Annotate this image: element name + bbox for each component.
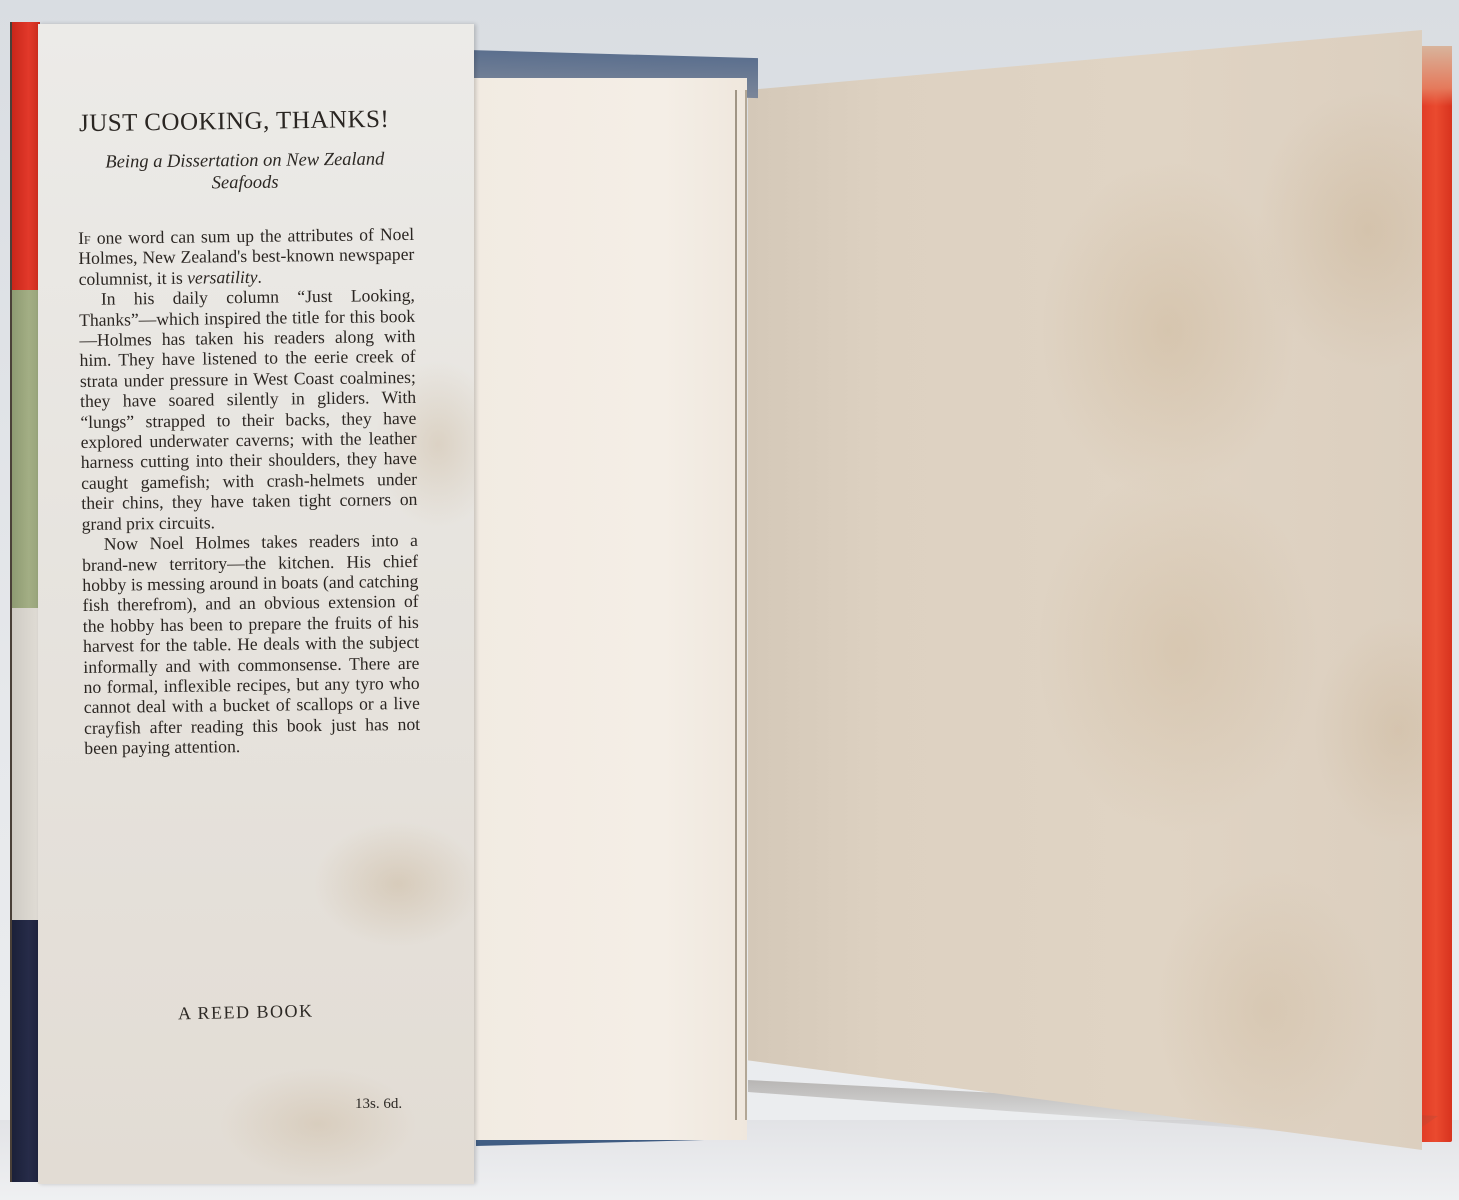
blurb-emphasis: versatility [187,267,258,288]
price-label: 13s. 6d. [355,1096,402,1113]
blurb-text: . [257,267,262,287]
blurb-dropcap: If [78,228,91,248]
right-endpaper-page [748,30,1422,1150]
flap-title: JUST COOKING, THANKS! [79,106,390,138]
flap-blurb: If one word can sum up the attributes of… [78,224,420,759]
front-pastedown [465,78,747,1140]
back-cover-red-edge [1420,46,1452,1142]
gutter-crease [735,90,737,1120]
jacket-edge-navy-band [12,920,40,1182]
flap-subtitle: Being a Dissertation on New Zealand Seaf… [80,148,410,195]
blurb-paragraph: If one word can sum up the attributes of… [78,224,415,289]
jacket-edge-green-band [12,290,40,608]
blurb-paragraph: Now Noel Holmes takes readers into a bra… [82,530,421,759]
jacket-edge-cream-band [12,608,40,920]
jacket-edge-red-band [12,22,40,290]
blurb-paragraph: In his daily column “Just Looking, Thank… [79,285,418,534]
gutter-crease [745,90,747,1120]
publisher-imprint: A REED BOOK [178,1001,314,1025]
